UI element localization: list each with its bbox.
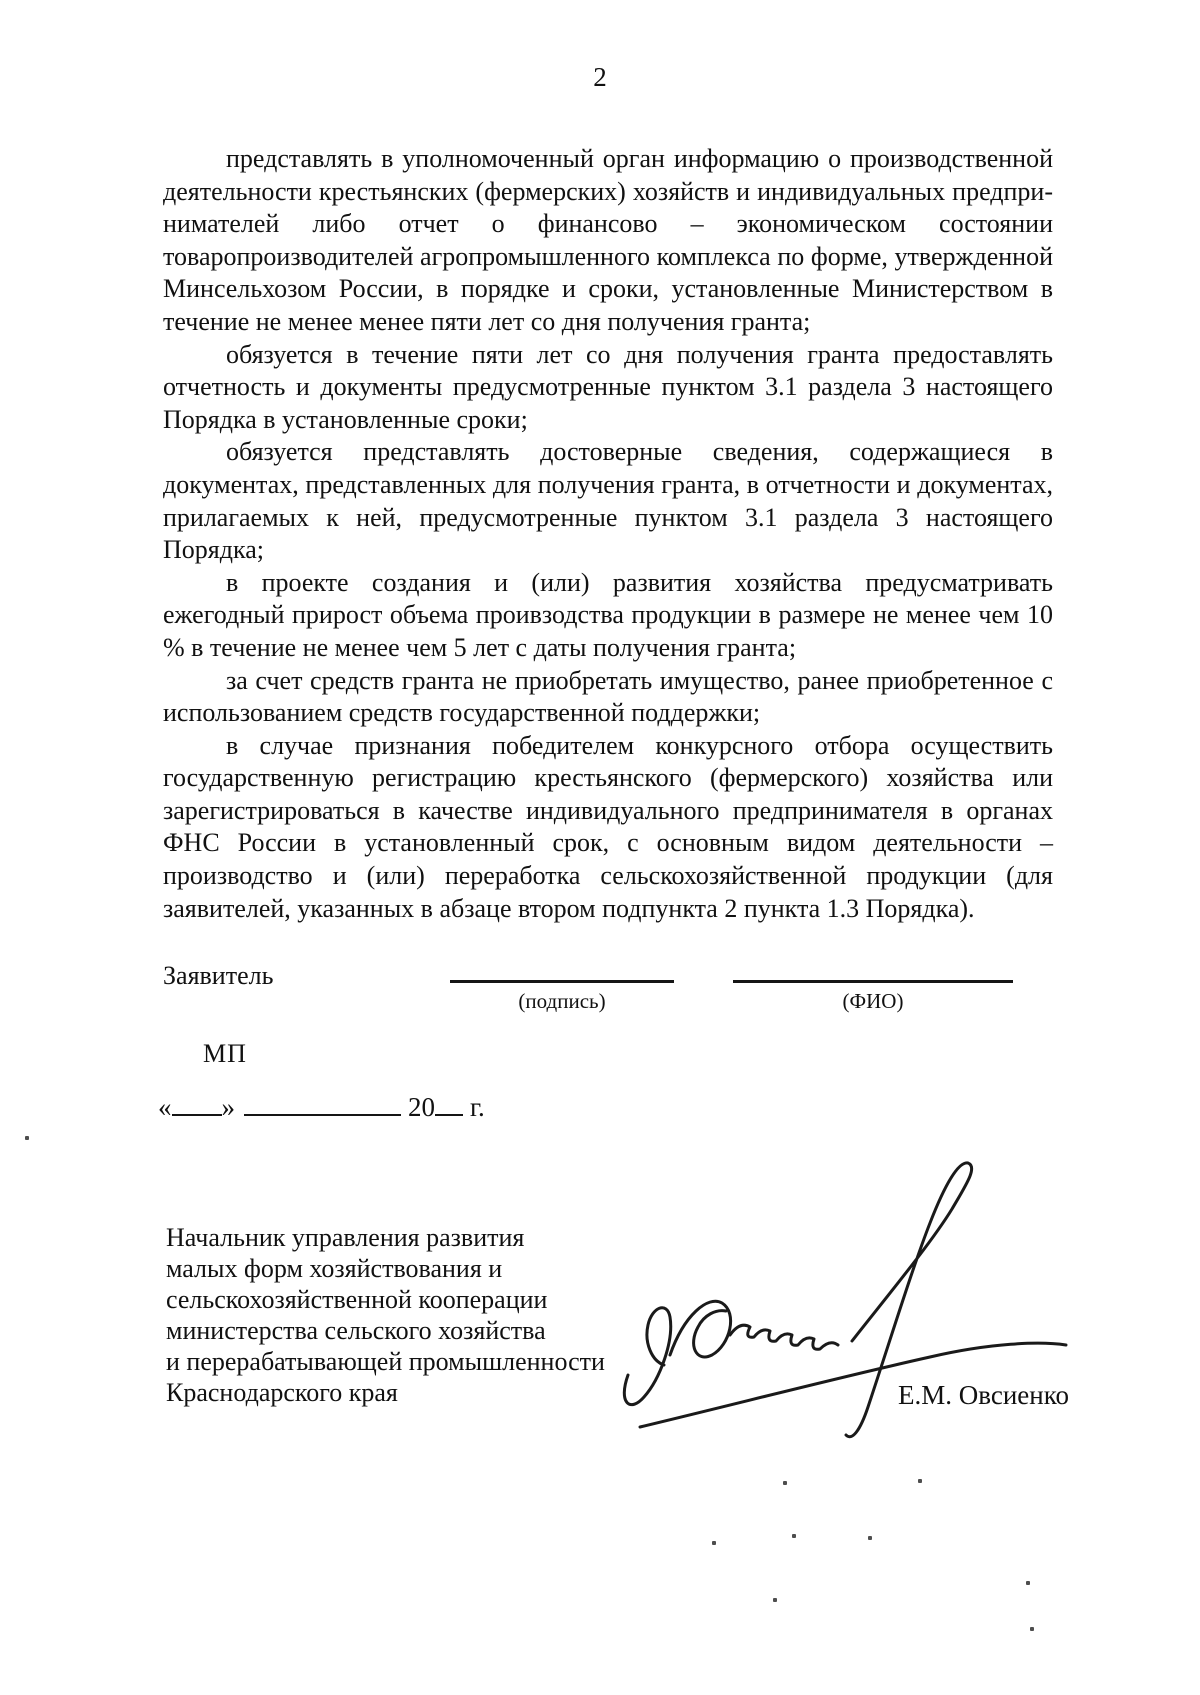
page-number: 2 [0,62,1200,93]
date-day-blank [172,1088,222,1116]
text-line: прилагаемых к ней, предусмотренные пункт… [163,502,1053,535]
date-year-suffix: г. [470,1092,485,1122]
scan-speck [712,1541,716,1545]
text-line: заявителей, указанных в абзаце втором по… [163,893,1053,926]
signature-blank-line [450,980,674,983]
scan-speck [792,1534,796,1538]
text-line: обязуется представлять достоверные сведе… [163,436,1053,469]
applicant-label: Заявитель [163,961,273,991]
text-line: ФНС России в установленный срок, с основ… [163,827,1053,860]
document-page: 2 представлять в уполномоченный орган ин… [0,0,1200,1695]
date-open-quote: « [158,1092,172,1122]
stamp-placeholder: МП [203,1039,247,1069]
text-line: % в течение не менее чем 5 лет с даты по… [163,632,1053,665]
text-line: нимателей либо отчет о финансово – эконо… [163,208,1053,241]
text-line: производство и (или) переработка сельско… [163,860,1053,893]
text-line: представлять в уполномоченный орган инфо… [163,143,1053,176]
text-line: Порядка; [163,534,1053,567]
text-line: течение не менее менее пяти лет со дня п… [163,306,1053,339]
text-line: ежегодный прирост объема проивзодства пр… [163,599,1053,632]
scan-speck [1030,1627,1034,1631]
date-century: 20 [408,1092,435,1122]
scan-speck [773,1598,777,1602]
text-line: Минсельхозом России, в порядке и сроки, … [163,273,1053,306]
official-name: Е.М. Овсиенко [898,1380,1069,1411]
text-line: за счет средств гранта не приобретать им… [163,665,1053,698]
text-line: зарегистрироваться в качестве индивидуал… [163,795,1053,828]
text-line: использованием средств государственной п… [163,697,1053,730]
text-line: отчетность и документы предусмотренные п… [163,371,1053,404]
date-year-blank [435,1088,463,1116]
text-line: в случае признания победителем конкурсно… [163,730,1053,763]
text-line: в проекте создания и (или) развития хозя… [163,567,1053,600]
scan-speck [25,1136,29,1140]
text-block: представлять в уполномоченный орган инфо… [163,143,1053,925]
scan-speck [918,1479,922,1483]
signature-caption: (подпись) [450,989,674,1014]
text-line: деятельности крестьянских (фермерских) х… [163,176,1053,209]
text-line: государственную регистрацию крестьянског… [163,762,1053,795]
scan-speck [868,1536,872,1540]
scan-speck [1026,1581,1030,1585]
scan-speck [783,1481,787,1485]
text-line: товаропроизводителей агропромышленного к… [163,241,1053,274]
date-month-blank [244,1088,401,1116]
date-line: «»20г. [158,1088,485,1123]
name-caption: (ФИО) [733,989,1013,1014]
text-line: документах, представленных для получения… [163,469,1053,502]
name-blank-line [733,980,1013,983]
text-line: обязуется в течение пяти лет со дня полу… [163,339,1053,372]
date-close-quote: » [222,1092,236,1122]
text-line: Порядка в установленные сроки; [163,404,1053,437]
